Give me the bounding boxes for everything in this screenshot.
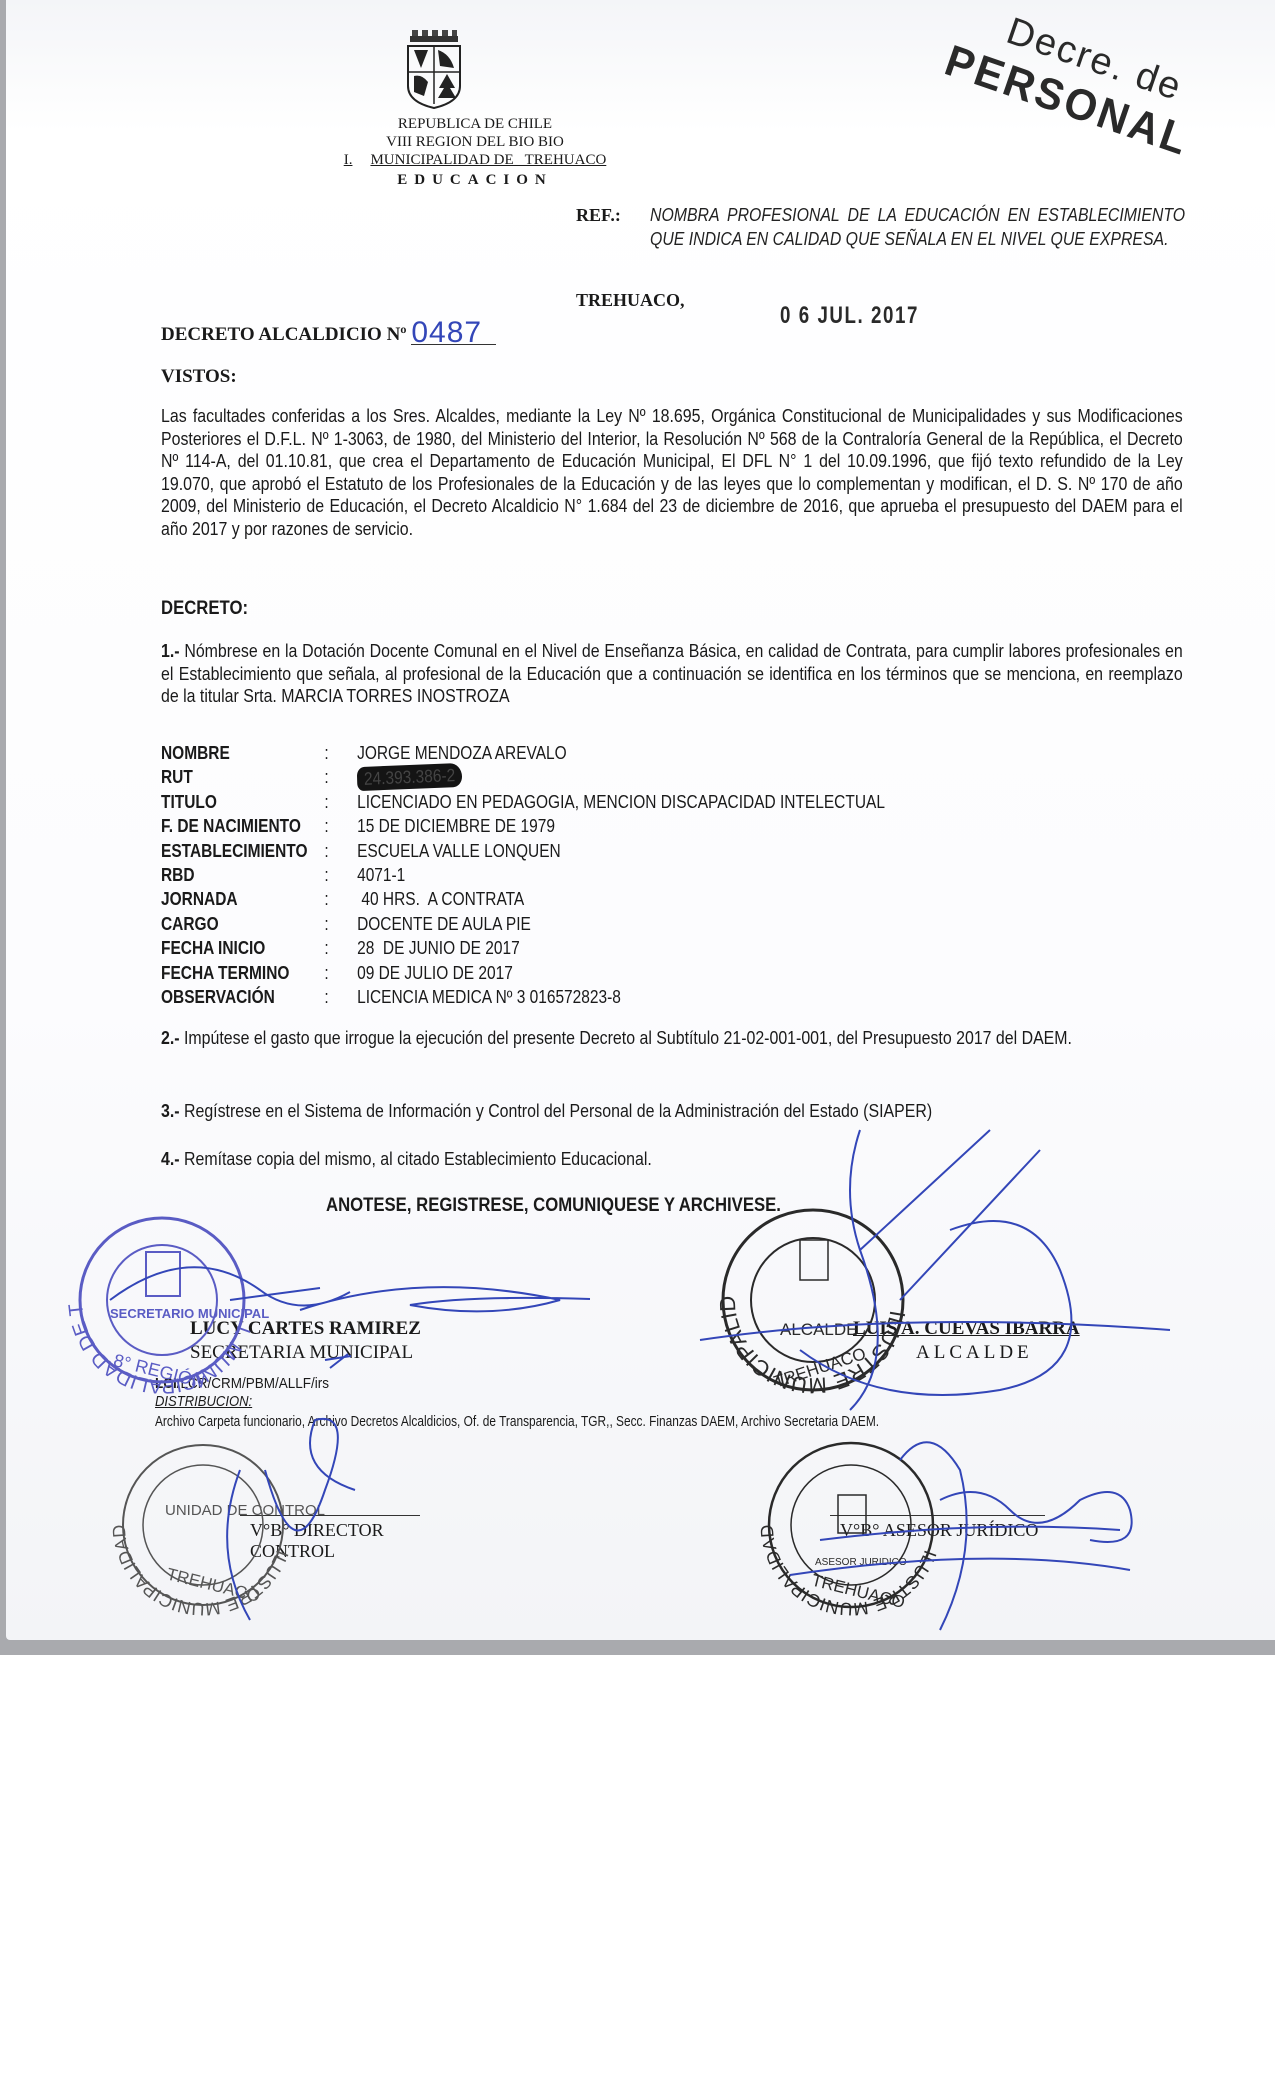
date-stamp: 0 6 JUL. 2017 xyxy=(780,302,919,330)
closing-formula: ANOTESE, REGISTRESE, COMUNIQUESE Y ARCHI… xyxy=(326,1195,781,1217)
field-label: JORNADA xyxy=(161,887,324,911)
article-3-text: Regístrese en el Sistema de Información … xyxy=(184,1100,932,1121)
header-country: REPUBLICA DE CHILE xyxy=(250,116,700,133)
field-row-fecha-inicio: FECHA INICIO:28 DE JUNIO DE 2017 xyxy=(161,936,1021,960)
mayor-role: ALCALDE xyxy=(916,1342,1033,1364)
field-value: LICENCIADO EN PEDAGOGIA, MENCION DISCAPA… xyxy=(357,790,1021,814)
place: TREHUACO, xyxy=(576,290,685,311)
article-2: 2.- Impútese el gasto que irrogue la eje… xyxy=(161,1027,1183,1050)
field-label: NOMBRE xyxy=(161,741,324,765)
field-label: RUT xyxy=(161,765,324,789)
field-row-establecimiento: ESTABLECIMIENTO:ESCUELA VALLE LONQUEN xyxy=(161,839,1021,863)
secretary-name: LUCY CARTES RAMIREZ xyxy=(190,1318,421,1340)
field-row-rbd: RBD:4071-1 xyxy=(161,863,1021,887)
article-1: 1.- Nómbrese en la Dotación Docente Comu… xyxy=(161,640,1183,708)
field-value: 09 DE JULIO DE 2017 xyxy=(357,961,1021,985)
legal-approval: V°B° ASESOR JURÍDICO xyxy=(830,1515,1045,1541)
field-separator: : xyxy=(324,765,357,789)
field-label: CARGO xyxy=(161,912,324,936)
field-row-jornada: JORNADA: 40 HRS. A CONTRATA xyxy=(161,887,1021,911)
field-separator: : xyxy=(324,839,357,863)
field-row-nombre: NOMBRE:JORGE MENDOZA AREVALO xyxy=(161,741,1021,765)
article-1-text: Nómbrese en la Dotación Docente Comunal … xyxy=(161,640,1183,706)
field-value: DOCENTE DE AULA PIE xyxy=(357,912,1021,936)
field-separator: : xyxy=(324,912,357,936)
control-approval-label: V°B° DIRECTOR CONTROL xyxy=(250,1520,384,1561)
decree-number: 0487 xyxy=(411,322,496,345)
redacted-value: 24.393.386-2 xyxy=(357,763,463,792)
field-separator: : xyxy=(324,887,357,911)
article-3: 3.- Regístrese en el Sistema de Informac… xyxy=(161,1100,1183,1123)
field-row-fecha-termino: FECHA TERMINO:09 DE JULIO DE 2017 xyxy=(161,961,1021,985)
field-separator: : xyxy=(324,985,357,1009)
field-row-titulo: TITULO:LICENCIADO EN PEDAGOGIA, MENCION … xyxy=(161,790,1021,814)
initials: LCI/LCR/CRM/PBM/ALLF/irs xyxy=(155,1375,329,1392)
field-separator: : xyxy=(324,863,357,887)
field-row-cargo: CARGO:DOCENTE DE AULA PIE xyxy=(161,912,1021,936)
field-value-text: 4071-1 xyxy=(357,865,405,885)
initials-bold: LCI xyxy=(155,1375,177,1392)
field-separator: : xyxy=(324,741,357,765)
field-value-text: 28 DE JUNIO DE 2017 xyxy=(357,938,520,958)
field-label: FECHA TERMINO xyxy=(161,961,324,985)
field-value: 24.393.386-2 xyxy=(357,765,1021,789)
secretary-role: SECRETARIA MUNICIPAL xyxy=(190,1342,413,1364)
appointee-fields: NOMBRE:JORGE MENDOZA AREVALORUT:24.393.3… xyxy=(161,741,1161,1009)
article-4-number: 4.- xyxy=(161,1148,180,1169)
article-2-text: Impútese el gasto que irrogue la ejecuci… xyxy=(184,1027,1072,1048)
article-3-number: 3.- xyxy=(161,1100,180,1121)
field-value-text: LICENCIA MEDICA Nº 3 016572823-8 xyxy=(357,987,621,1007)
field-value-text: DOCENTE DE AULA PIE xyxy=(357,914,531,934)
field-separator: : xyxy=(324,961,357,985)
field-value: LICENCIA MEDICA Nº 3 016572823-8 xyxy=(357,985,1021,1009)
field-separator: : xyxy=(324,814,357,838)
header-region: VIII REGION DEL BIO BIO xyxy=(250,134,700,151)
field-value: ESCUELA VALLE LONQUEN xyxy=(357,839,1021,863)
municipality-prefix: I. xyxy=(344,152,353,168)
field-value: JORGE MENDOZA AREVALO xyxy=(357,741,1021,765)
article-4-text: Remítase copia del mismo, al citado Esta… xyxy=(184,1148,652,1169)
ref-text: NOMBRA PROFESIONAL DE LA EDUCACIÓN EN ES… xyxy=(650,203,1185,251)
vistos-text: Las facultades conferidas a los Sres. Al… xyxy=(161,405,1183,540)
field-label: TITULO xyxy=(161,790,324,814)
decree-label: DECRETO ALCALDICIO Nº xyxy=(161,324,407,345)
decreto-label: DECRETO: xyxy=(161,598,248,620)
field-row-rut: RUT:24.393.386-2 xyxy=(161,765,1021,789)
field-label: ESTABLECIMIENTO xyxy=(161,839,324,863)
article-1-number: 1.- xyxy=(161,640,180,661)
article-4: 4.- Remítase copia del mismo, al citado … xyxy=(161,1148,1183,1171)
field-value-text: 09 DE JULIO DE 2017 xyxy=(357,963,513,983)
field-row-f-de-nacimiento: F. DE NACIMIENTO:15 DE DICIEMBRE DE 1979 xyxy=(161,814,1021,838)
personal-stamp: Decre. de PERSONAL xyxy=(945,10,1245,160)
field-value-text: 15 DE DICIEMBRE DE 1979 xyxy=(357,816,555,836)
initials-rest: /LCR/CRM/PBM/ALLF/irs xyxy=(177,1375,329,1392)
field-row-observaci-n: OBSERVACIÓN:LICENCIA MEDICA Nº 3 0165728… xyxy=(161,985,1021,1009)
field-value-text: LICENCIADO EN PEDAGOGIA, MENCION DISCAPA… xyxy=(357,792,885,812)
header-municipality: I.MUNICIPALIDAD DE TREHUACO xyxy=(250,152,700,169)
field-value: 15 DE DICIEMBRE DE 1979 xyxy=(357,814,1021,838)
distribution-list: Archivo Carpeta funcionario, Archivo Dec… xyxy=(155,1414,879,1430)
municipal-crest-icon xyxy=(404,28,464,110)
decree-number-line: DECRETO ALCALDICIO Nº 0487 xyxy=(161,320,496,346)
legal-approval-label: V°B° ASESOR JURÍDICO xyxy=(840,1520,1038,1540)
field-label: F. DE NACIMIENTO xyxy=(161,814,324,838)
field-value-text: JORGE MENDOZA AREVALO xyxy=(357,743,567,763)
field-value: 4071-1 xyxy=(357,863,1021,887)
field-separator: : xyxy=(324,790,357,814)
field-value-text: 40 HRS. A CONTRATA xyxy=(357,889,524,909)
field-separator: : xyxy=(324,936,357,960)
field-label: OBSERVACIÓN xyxy=(161,985,324,1009)
field-label: RBD xyxy=(161,863,324,887)
field-value: 40 HRS. A CONTRATA xyxy=(357,887,1021,911)
field-label: FECHA INICIO xyxy=(161,936,324,960)
ref-label: REF.: xyxy=(576,205,621,226)
mayor-name: LUIS A. CUEVAS IBARRA xyxy=(853,1318,1080,1340)
distribution-label: DISTRIBUCION: xyxy=(155,1394,252,1410)
municipality-name: MUNICIPALIDAD DE TREHUACO xyxy=(370,152,606,168)
header-department: EDUCACION xyxy=(250,172,700,189)
field-value: 28 DE JUNIO DE 2017 xyxy=(357,936,1021,960)
control-approval: V°B° DIRECTOR CONTROL xyxy=(240,1515,420,1562)
vistos-label: VISTOS: xyxy=(161,366,237,388)
field-value-text: ESCUELA VALLE LONQUEN xyxy=(357,841,561,861)
article-2-number: 2.- xyxy=(161,1027,180,1048)
